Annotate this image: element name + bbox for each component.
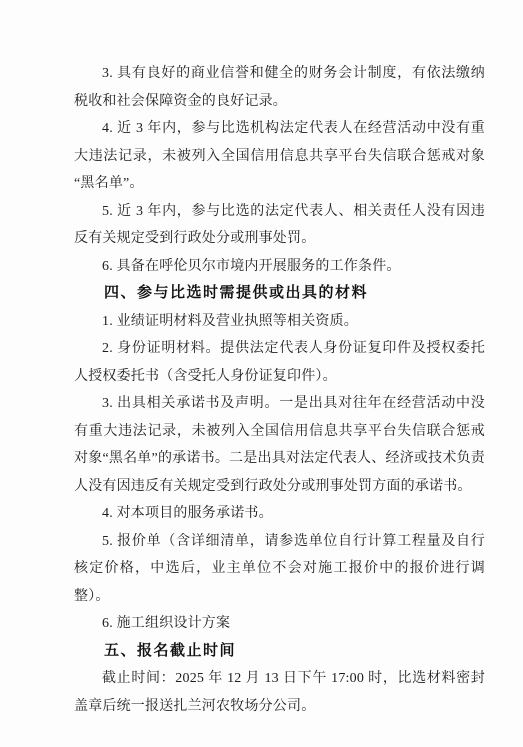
document-content: 3. 具有良好的商业信誉和健全的财务会计制度，有依法缴纳税收和社会保障资金的良好… [0,0,523,720]
paragraph: 3. 具有良好的商业信誉和健全的财务会计制度，有依法缴纳税收和社会保障资金的良好… [74,60,485,115]
paragraph: 4. 近 3 年内，参与比选机构法定代表人在经营活动中没有重大违法记录，未被列入… [74,115,485,198]
paragraph: 5. 报价单（含详细清单，请参选单位自行计算工程量及自行核定价格，中选后，业主单… [74,528,485,611]
paragraph: 3. 出具相关承诺书及声明。一是出具对往年在经营活动中没有重大违法记录，未被列入… [74,390,485,500]
paragraph: 2. 身份证明材料。提供法定代表人身份证复印件及授权委托人授权委托书（含受托人身… [74,335,485,390]
section-heading: 四、参与比选时需提供或出具的材料 [74,280,485,308]
paragraph: 5. 近 3 年内，参与比选的法定代表人、相关责任人没有因违反有关规定受到行政处… [74,198,485,253]
document-page: 3. 具有良好的商业信誉和健全的财务会计制度，有依法缴纳税收和社会保障资金的良好… [0,0,523,747]
paragraph: 6. 具备在呼伦贝尔市境内开展服务的工作条件。 [74,253,485,281]
section-heading: 五、报名截止时间 [74,638,485,666]
paragraph: 4. 对本项目的服务承诺书。 [74,500,485,528]
paragraph: 6. 施工组织设计方案 [74,610,485,638]
paragraph: 1. 业绩证明材料及营业执照等相关资质。 [74,308,485,336]
paragraph: 截止时间：2025 年 12 月 13 日下午 17:00 时，比选材料密封盖章… [74,665,485,720]
